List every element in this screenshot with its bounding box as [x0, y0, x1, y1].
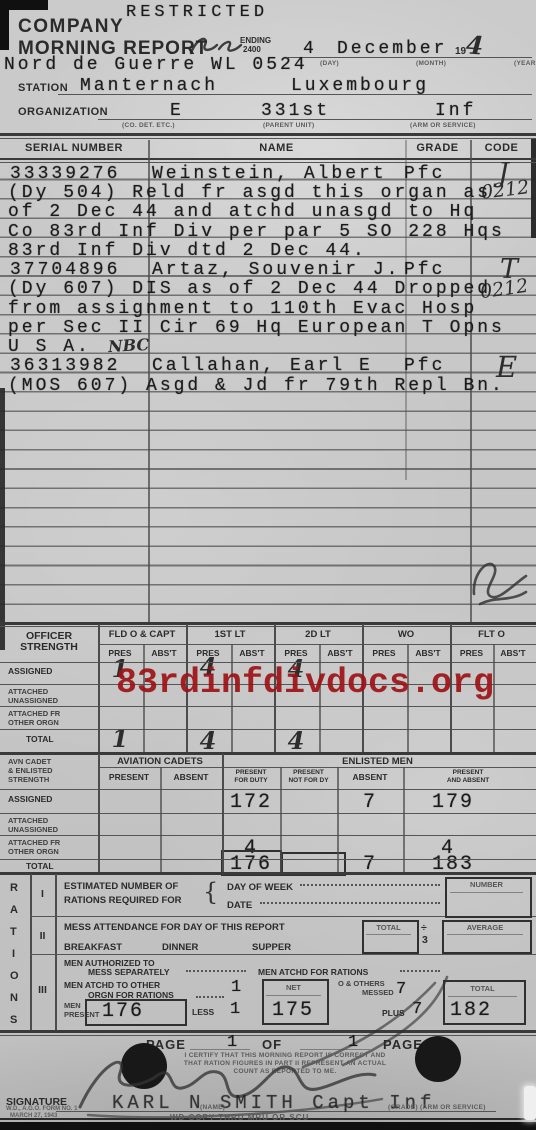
officer-sub-pres-4: PRES: [362, 648, 406, 658]
rations-grid-v1: [30, 874, 32, 1032]
officer-total-1lt-pres: 4: [186, 726, 230, 755]
film-edge-top-left-v: [0, 0, 9, 50]
day-sublabel: (DAY): [320, 60, 339, 67]
col-header-code: CODE: [470, 142, 533, 154]
enlisted-group-avn: AVIATION CADETS: [98, 756, 222, 767]
rations-letter-n: N: [10, 992, 18, 1004]
roster-top-rule-2: [0, 138, 536, 139]
enlisted-row-assigned: ASSIGNED: [8, 794, 52, 804]
rations-total-box-label: TOTAL: [362, 923, 415, 932]
officer-row-assigned: ASSIGNED: [8, 666, 52, 676]
enlisted-row-attached1b: UNASSIGNED: [8, 825, 58, 834]
rations-divide-sign: ÷: [421, 922, 427, 934]
enlisted-grid-h4: [0, 835, 536, 836]
officer-sub-abst-1: ABS'T: [142, 648, 186, 658]
entry1-remark-line1: (Dy 504) Reld fr asgd this organ as: [8, 183, 491, 203]
enlisted-sub-pfd1: PRESENT: [222, 769, 280, 776]
entry2-name: Artaz, Souvenir J.: [152, 260, 400, 280]
entry1-remark-line3: Co 83rd Inf Div per par 5 SO 228 Hqs: [8, 222, 505, 242]
officer-total-2lt-pres: 4: [274, 726, 318, 755]
officer-row-attached1b: UNASSIGNED: [8, 696, 58, 705]
film-edge-bottom: [0, 1122, 536, 1130]
rations-men-line1: MEN: [64, 1001, 81, 1010]
enlisted-sub-pnfd2: NOT FOR DY: [280, 777, 337, 784]
rations-auth-line2: MESS SEPARATELY: [88, 967, 170, 977]
rations-sec1-numeral: I: [30, 888, 55, 900]
enlisted-row-total: TOTAL: [26, 861, 54, 871]
morning-report-scan: RESTRICTED COMPANY MORNING REPORT ENDING…: [0, 0, 536, 1130]
date-underline: [288, 57, 532, 58]
enlisted-grid-h1: [98, 767, 536, 768]
rations-number-box-label: NUMBER: [445, 880, 528, 889]
enlisted-top-rule: [0, 752, 536, 755]
form-title-company: COMPANY: [18, 16, 124, 38]
rations-atchd-for-dots: [400, 970, 440, 972]
rations-average-box-line: [447, 934, 523, 935]
name-sublabel: (NAME): [200, 1104, 225, 1111]
officer-group-2lt: 2D LT: [274, 629, 362, 640]
enlisted-group-em: ENLISTED MEN: [222, 756, 533, 767]
col-header-name: NAME: [148, 142, 405, 154]
organization-label: ORGANIZATION: [18, 106, 108, 118]
rations-est-line1: ESTIMATED NUMBER OF: [64, 881, 178, 892]
rations-top-rule: [0, 872, 536, 875]
enlisted-assigned-pfd: 172: [222, 791, 280, 814]
enlisted-sub-pa1: PRESENT: [403, 769, 533, 776]
enlisted-row-attached1a: ATTACHED: [8, 816, 48, 825]
rations-date-label: DATE: [227, 900, 252, 911]
grade-arm-sublabel: (GRADE) (ARM OR SERVICE): [388, 1104, 486, 1111]
org-company-sublabel: (CO. DET. ETC.): [122, 122, 175, 129]
enlisted-grid-v3: [222, 754, 224, 872]
entry2-remark-line3: per Sec II Cir 69 Hq European T Opns: [8, 318, 505, 338]
rations-supper-label: SUPPER: [252, 942, 291, 953]
rations-less-label: LESS: [192, 1007, 214, 1017]
rations-letter-a: A: [10, 904, 18, 916]
station-underline: [58, 94, 532, 95]
officer-sub-abst-5: ABS'T: [493, 648, 533, 658]
rations-less-value: 1: [230, 1000, 243, 1019]
entry3-serial: 36313982: [10, 356, 120, 376]
enlisted-row-attached2a: ATTACHED FR: [8, 838, 60, 847]
entry2-remark-line4: U S A.: [8, 337, 91, 357]
rations-letter-o: O: [10, 970, 19, 982]
rations-grid-v2: [55, 874, 57, 1032]
enlisted-sub-absent: ABSENT: [337, 772, 403, 782]
ending-label: ENDING: [240, 36, 271, 45]
enlisted-assigned-absent: 7: [337, 791, 403, 814]
org-parent-value: 331st: [261, 101, 330, 121]
copy-routing-line: WD COPY THRU MRU OR SCU: [170, 1113, 309, 1122]
officer-group-flt: FLT O: [450, 629, 533, 640]
enlisted-title-line2: & ENLISTED: [8, 766, 53, 775]
officer-row-attached2a: ATTACHED FR: [8, 709, 60, 718]
rations-day-of-week-label: DAY OF WEEK: [227, 882, 293, 893]
rations-atchd-line1: MEN ATCHD TO OTHER: [64, 980, 160, 990]
enlisted-grid-v2: [160, 767, 162, 872]
year-sublabel: (YEAR): [514, 60, 536, 67]
enlisted-sub-avn-absent: ABSENT: [160, 772, 222, 782]
entry2-remark-line1: (Dy 607) DIS as of 2 Dec 44 Dropped: [8, 279, 491, 299]
rations-dinner-label: DINNER: [162, 942, 198, 953]
rations-date-line: [260, 902, 440, 904]
entry1-remark-line4: 83rd Inf Div dtd 2 Dec 44.: [8, 241, 367, 261]
enlisted-sub-avn-present: PRESENT: [98, 772, 160, 782]
form-id-line2: MARCH 27, 1943: [10, 1113, 57, 1119]
roster-top-rule-1: [0, 133, 536, 136]
month-sublabel: (MONTH): [416, 60, 446, 67]
enlisted-grid-h2: [0, 789, 536, 790]
entry1-name: Weinstein, Albert: [152, 164, 387, 184]
enlisted-title-line3: STRENGTH: [8, 775, 49, 784]
officer-top-rule: [0, 622, 536, 625]
officer-row-attached2b: OTHER ORGN: [8, 718, 59, 727]
rations-day-of-week-line: [300, 884, 440, 886]
enlisted-grid-v5: [337, 767, 339, 872]
officer-grid-h4: [0, 706, 536, 707]
entry2-handwritten-nbc: NBC: [108, 335, 150, 356]
officer-row-attached1a: ATTACHED: [8, 687, 48, 696]
entry2-remark-line2: from assignment to 110th Evac Hosp: [8, 299, 477, 319]
rations-total-box-line: [366, 934, 411, 935]
rations-brace: {: [203, 878, 218, 906]
rations-letter-s: S: [10, 1014, 18, 1026]
org-underline: [98, 119, 532, 120]
enlisted-assigned-pa: 179: [403, 791, 503, 814]
signed-name: KARL N SMITH Capt Inf: [112, 1092, 435, 1114]
rations-letter-r: R: [10, 882, 18, 894]
enlisted-sub-pnfd1: PRESENT: [280, 769, 337, 776]
rations-atchd-dots: [196, 996, 224, 998]
film-flare: [524, 1086, 536, 1120]
officer-sub-abst-3: ABS'T: [318, 648, 362, 658]
rations-atchd-value: 1: [231, 978, 244, 997]
enlisted-title-line1: AVN CADET: [8, 757, 51, 766]
officer-grid-h1: [98, 644, 536, 645]
entry2-grade: Pfc: [404, 260, 445, 280]
officer-group-fld: FLD O & CAPT: [98, 629, 186, 640]
org-company-value: E: [170, 101, 184, 121]
entry3-name: Callahan, Earl E: [152, 356, 373, 376]
officer-sub-abst-2: ABS'T: [230, 648, 274, 658]
rations-average-box-label: AVERAGE: [442, 923, 528, 932]
org-parent-sublabel: (PARENT UNIT): [263, 122, 314, 129]
org-arm-sublabel: (ARM OR SERVICE): [410, 122, 476, 129]
entry3-remark-line1: (MOS 607) Asgd & Jd fr 79th Repl Bn.: [8, 376, 505, 396]
entry1-serial: 33339276: [10, 164, 120, 184]
rations-breakfast-label: BREAKFAST: [64, 942, 122, 953]
officer-title-line2: STRENGTH: [0, 641, 98, 653]
enlisted-row-attached2b: OTHER ORGN: [8, 847, 59, 856]
enlisted-sub-pfd2: FOR DUTY: [222, 777, 280, 784]
officer-top-rule-2: [0, 626, 536, 627]
station-country: Luxembourg: [291, 76, 429, 96]
handwritten-scribble-roster: [468, 556, 532, 610]
date-month-value: December: [337, 39, 447, 59]
ending-time: 2400: [243, 45, 261, 54]
officer-row-total: TOTAL: [26, 734, 54, 744]
col-header-serial: SERIAL NUMBER: [0, 142, 148, 154]
enlisted-grid-v4: [280, 767, 282, 872]
enlisted-grid-h5: [0, 859, 536, 860]
rations-est-line2: RATIONS REQUIRED FOR: [64, 895, 182, 906]
rations-present-value: 176: [102, 1000, 144, 1023]
rations-number-box-line: [450, 892, 523, 893]
rations-letter-i: I: [12, 948, 16, 960]
enlisted-grid-v1: [98, 754, 100, 872]
location-line: Nord de Guerre WL 0524: [4, 55, 308, 75]
col-header-grade: GRADE: [405, 142, 470, 154]
rations-sec3-numeral: III: [30, 984, 55, 996]
rations-sec2-numeral: II: [30, 930, 55, 942]
rations-letter-t: T: [10, 926, 17, 938]
officer-group-wo: WO: [362, 629, 450, 640]
entry2-serial: 37704896: [10, 260, 120, 280]
org-arm-value: Inf: [435, 101, 476, 121]
form-id-line1: W.D., A.G.O. FORM NO. 1: [6, 1106, 77, 1112]
rations-sec23-rule: [30, 954, 536, 955]
officer-grid-h5: [0, 729, 536, 730]
entry3-grade: Pfc: [404, 356, 445, 376]
rations-divide-three: 3: [422, 934, 428, 946]
station-label: STATION: [18, 82, 68, 94]
enlisted-sub-pa2: AND ABSENT: [403, 777, 533, 784]
watermark-83rdinfdivdocs: 83rdinfdivdocs.org: [116, 663, 494, 703]
entry1-grade: Pfc: [404, 164, 445, 184]
officer-sub-pres-5: PRES: [450, 648, 493, 658]
officer-group-1lt: 1ST LT: [186, 629, 274, 640]
entry1-remark-line2: of 2 Dec 44 and atchd unasgd to Hq: [8, 202, 477, 222]
rations-auth-line2-dots: [186, 970, 246, 972]
roster-header-rule-1: [0, 158, 536, 160]
station-value: Manternach: [80, 76, 218, 96]
punch-hole-right: [415, 1036, 461, 1082]
officer-grid-v1: [98, 624, 100, 752]
officer-sub-abst-4: ABS'T: [406, 648, 450, 658]
enlisted-grid-h3: [0, 813, 536, 814]
rations-mess-label: MESS ATTENDANCE FOR DAY OF THIS REPORT: [64, 922, 285, 933]
enlisted-grid-v6: [403, 767, 405, 872]
restricted-stamp: RESTRICTED: [126, 3, 268, 22]
